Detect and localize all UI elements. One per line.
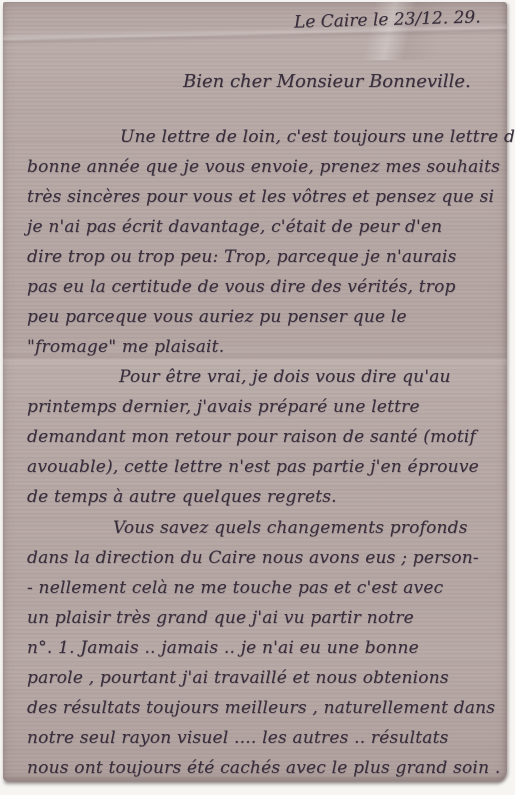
paragraph-new-year-wishes: Une lettre de loin, c'est toujours une l… — [27, 122, 497, 362]
letter-line: bonne année que je vous envoie, prenez m… — [27, 152, 497, 182]
letter-line: peu parceque vous auriez pu penser que l… — [27, 302, 497, 332]
letter-line: des résultats toujours meilleurs , natur… — [27, 693, 497, 723]
letter-line: notre seul rayon visuel .... les autres … — [27, 723, 497, 753]
letter-line: parole , pourtant j'ai travaillé et nous… — [27, 663, 497, 693]
letter-line: je n'ai pas écrit davantage, c'était de … — [27, 212, 497, 242]
paragraph-direction-changes: Vous savez quels changements profonds da… — [27, 513, 497, 783]
letter-line: "fromage" me plaisait. — [27, 332, 497, 362]
dateline: Le Caire le 23/12. 29. — [294, 7, 481, 32]
letter-line: pas eu la certitude de vous dire des vér… — [27, 272, 497, 302]
scan-background: { "letter": { "dateline": "Le Caire le 2… — [0, 0, 515, 795]
letter-line: un plaisir très grand que j'ai vu partir… — [27, 603, 497, 633]
letter-line: - nellement celà ne me touche pas et c'e… — [27, 573, 497, 603]
letter-paper: Le Caire le 23/12. 29. Bien cher Monsieu… — [3, 2, 507, 781]
letter-line: n°. 1. Jamais .. jamais .. je n'ai eu un… — [27, 633, 497, 663]
paragraph-unsent-letter: Pour être vrai, je dois vous dire qu'au … — [27, 362, 497, 512]
letter-line: Une lettre de loin, c'est toujours une l… — [27, 122, 497, 152]
letter-line: dire trop ou trop peu: Trop, parceque je… — [27, 242, 497, 272]
letter-line: de temps à autre quelques regrets. — [27, 482, 497, 512]
letter-line: Vous savez quels changements profonds — [27, 513, 497, 543]
letter-line: dans la direction du Caire nous avons eu… — [27, 543, 497, 573]
letter-line: Pour être vrai, je dois vous dire qu'au — [27, 362, 497, 392]
letter-line: très sincères pour vous et les vôtres et… — [27, 182, 497, 212]
letter-line: demandant mon retour pour raison de sant… — [27, 422, 497, 452]
salutation: Bien cher Monsieur Bonneville. — [183, 71, 471, 92]
letter-line: nous ont toujours été cachés avec le plu… — [27, 753, 497, 783]
letter-line: avouable), cette lettre n'est pas partie… — [27, 452, 497, 482]
letter-line: printemps dernier, j'avais préparé une l… — [27, 392, 497, 422]
